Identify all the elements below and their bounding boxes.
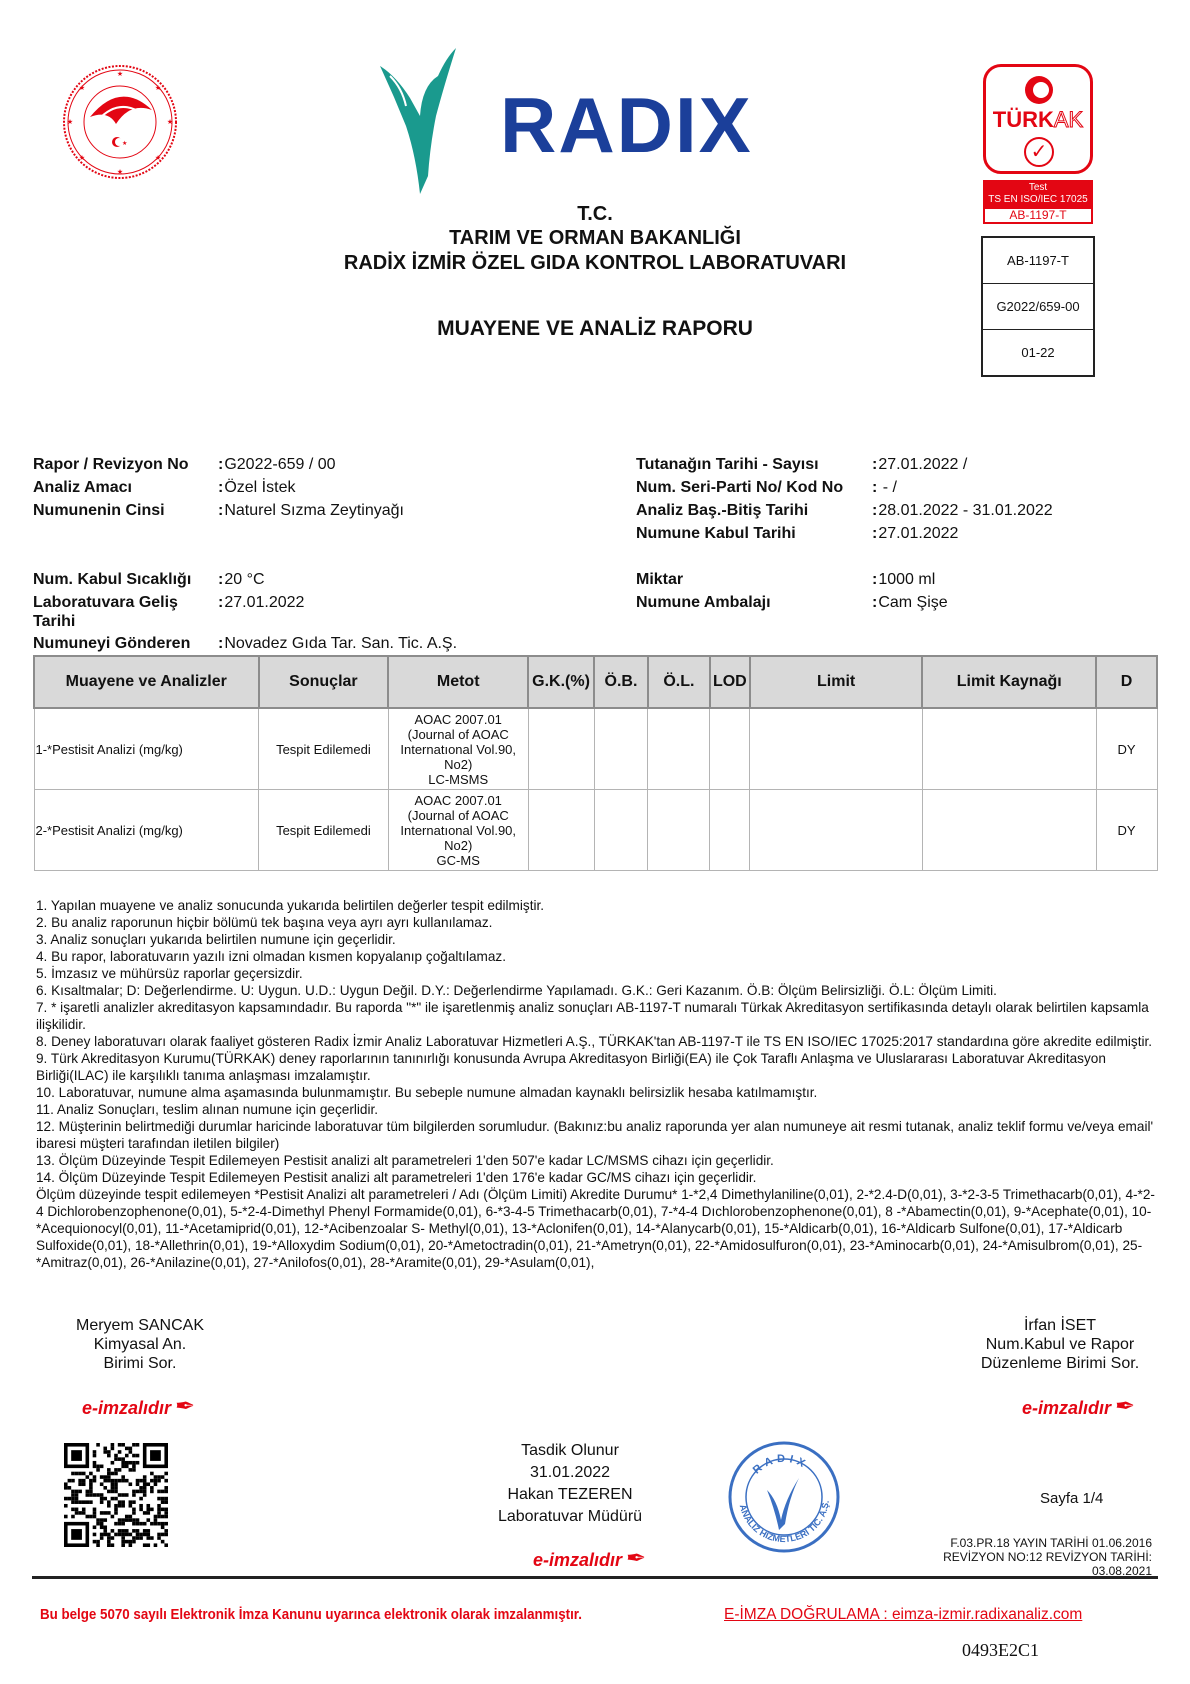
table-cell: 2-*Pestisit Analizi (mg/kg) [34,790,259,871]
report-title: MUAYENE VE ANALİZ RAPORU [0,317,1190,341]
results-header-row: Muayene ve AnalizlerSonuçlarMetotG.K.(%)… [34,656,1157,708]
table-cell: Tespit Edilemedi [259,790,389,871]
table-cell [648,708,710,790]
esign-mark-right: e-imzalıdır✒ [1022,1392,1135,1421]
e-signature-verification-link[interactable]: E-İMZA DOĞRULAMA : eimza-izmir.radixanal… [724,1606,1082,1624]
e-signature-law-notice: Bu belge 5070 sayılı Elektronik İmza Kan… [40,1607,582,1623]
svg-text:★: ★ [79,84,85,92]
svg-text:RADIX: RADIX [751,1453,811,1477]
table-cell [922,790,1096,871]
table-cell: DY [1096,790,1157,871]
svg-text:★: ★ [79,154,85,162]
title-laboratory: RADİX İZMİR ÖZEL GIDA KONTROL LABORATUVA… [0,252,1190,275]
results-table: Muayene ve AnalizlerSonuçlarMetotG.K.(%)… [33,655,1158,871]
checkmark-icon: ✓ [1024,137,1054,167]
turkak-wordmark: TÜRKAK [986,107,1090,133]
signer-title: Düzenleme Birimi Sor. [960,1354,1160,1373]
note-item: 13. Ölçüm Düzeyinde Tespit Edilemeyen Pe… [36,1152,1156,1169]
table-cell: Tespit Edilemedi [259,708,389,790]
column-header: Sonuçlar [259,656,389,708]
note-item: 6. Kısaltmalar; D: Değerlendirme. U: Uyg… [36,982,1156,999]
note-item: 12. Müşterinin belirtmediği durumlar har… [36,1118,1156,1152]
table-cell [750,790,923,871]
note-item: 14. Ölçüm Düzeyinde Tespit Edilemeyen Pe… [36,1169,1156,1186]
column-header: Limit [750,656,923,708]
pen-icon: ✒ [175,1393,195,1420]
brand-wordmark: RADIX [500,80,753,171]
note-item: 10. Laboratuvar, numune alma aşamasında … [36,1084,1156,1101]
table-cell [922,708,1096,790]
signer-name: İrfan İSET [960,1316,1160,1335]
column-header: LOD [710,656,750,708]
signer-name: Meryem SANCAK [50,1316,230,1335]
note-item: 5. İmzasız ve mühürsüz raporlar geçersiz… [36,965,1156,982]
esign-mark-center: e-imzalıdır✒ [533,1544,646,1573]
pen-icon: ✒ [1115,1393,1135,1420]
table-cell [528,708,594,790]
table-cell [594,790,648,871]
title-ministry: TARIM VE ORMAN BAKANLIĞI [0,227,1190,250]
note-item: 7. * işaretli analizler akreditasyon kap… [36,999,1156,1033]
document-code: 0493E2C1 [962,1640,1039,1661]
column-header: G.K.(%) [528,656,594,708]
form-line: F.03.PR.18 YAYIN TARİHİ 01.06.2016 [880,1536,1152,1550]
signature-center: Tasdik Olunur 31.01.2022 Hakan TEZEREN L… [460,1440,680,1528]
column-header: Ö.L. [648,656,710,708]
note-item: 4. Bu rapor, laboratuvarın yazılı izni o… [36,948,1156,965]
ministry-seal-icon: ★★ ★★ ★★ ★★ ★ [60,62,180,182]
column-header: Ö.B. [594,656,648,708]
note-item: 1. Yapılan muayene ve analiz sonucunda y… [36,897,1156,914]
table-cell [710,708,750,790]
approval-label: Tasdik Olunur [460,1440,680,1462]
table-cell [594,708,648,790]
title-tc: T.C. [0,203,1190,226]
column-header: D [1096,656,1157,708]
table-cell: 1-*Pestisit Analizi (mg/kg) [34,708,259,790]
table-cell [648,790,710,871]
pen-icon: ✒ [626,1545,646,1572]
signer-title: Num.Kabul ve Rapor [960,1335,1160,1354]
crescent-icon [1025,76,1053,104]
table-cell [750,708,923,790]
table-row: 1-*Pestisit Analizi (mg/kg)Tespit Edilem… [34,708,1157,790]
table-cell: AOAC 2007.01(Journal of AOACInternatıona… [388,708,528,790]
note-item: 2. Bu analiz raporunun hiçbir bölümü tek… [36,914,1156,931]
table-cell: DY [1096,708,1157,790]
svg-text:★: ★ [117,70,123,78]
signer-title: Laboratuvar Müdürü [460,1506,680,1528]
table-cell: AOAC 2007.01(Journal of AOACInternatıona… [388,790,528,871]
note-item: 8. Deney laboratuvarı olarak faaliyet gö… [36,1033,1156,1050]
column-header: Limit Kaynağı [922,656,1096,708]
note-item: 11. Analiz Sonuçları, teslim alınan numu… [36,1101,1156,1118]
table-row: 2-*Pestisit Analizi (mg/kg)Tespit Edilem… [34,790,1157,871]
svg-text:★: ★ [67,118,73,126]
table-cell [528,790,594,871]
report-notes: 1. Yapılan muayene ve analiz sonucunda y… [36,897,1156,1271]
signature-right: İrfan İSET Num.Kabul ve Rapor Düzenleme … [960,1316,1160,1373]
footer-divider [32,1576,1158,1579]
svg-text:★: ★ [122,140,127,147]
note-item: 9. Türk Akreditasyon Kurumu(TÜRKAK) dene… [36,1050,1156,1084]
signer-title: Birimi Sor. [50,1354,230,1373]
esign-mark-left: e-imzalıdır✒ [82,1392,195,1421]
company-stamp-icon: RADIX ANALİZ HİZMETLERİ TİC. A.Ş. [727,1440,841,1554]
svg-text:★: ★ [167,118,173,126]
band-line-1: Test [983,182,1093,194]
signer-title: Kimyasal An. [50,1335,230,1354]
signer-name: Hakan TEZEREN [460,1484,680,1506]
signature-left: Meryem SANCAK Kimyasal An. Birimi Sor. [50,1316,230,1373]
form-info: F.03.PR.18 YAYIN TARİHİ 01.06.2016 REVİZ… [880,1536,1152,1578]
column-header: Metot [388,656,528,708]
note-item: Ölçüm düzeyinde tespit edilemeyen *Pesti… [36,1186,1156,1271]
note-item: 3. Analiz sonuçları yukarıda belirtilen … [36,931,1156,948]
radix-logo: RADIX [396,46,766,196]
table-cell [710,790,750,871]
svg-text:★: ★ [117,168,123,176]
qr-code-icon[interactable] [64,1443,168,1547]
svg-text:★: ★ [155,84,161,92]
page-number: Sayfa 1/4 [1040,1490,1103,1507]
column-header: Muayene ve Analizler [34,656,259,708]
approval-date: 31.01.2022 [460,1462,680,1484]
turkak-accreditation-badge: TÜRKAK ✓ Test TS EN ISO/IEC 17025 AB-119… [983,64,1097,224]
form-line: REVİZYON NO:12 REVİZYON TARİHİ: [880,1550,1152,1564]
svg-text:★: ★ [155,154,161,162]
